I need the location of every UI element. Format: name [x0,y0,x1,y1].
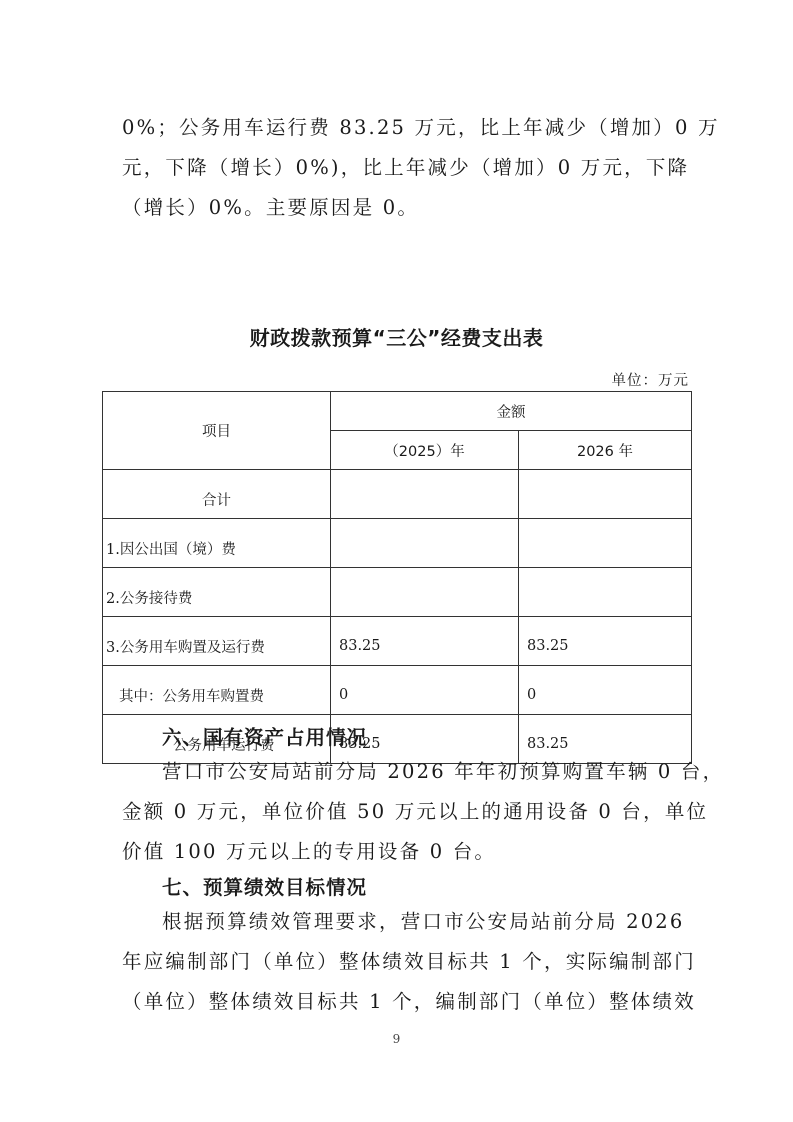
row-curr [519,519,692,568]
header-item: 项目 [103,392,331,470]
table-row: 2.公务接待费 [103,568,692,617]
row-curr: 83.25 [519,617,692,666]
intro-line-1: 0%；公务用车运行费 83.25 万元，比上年减少（增加）0 万 [122,108,682,148]
table-row: 其中：公务用车购置费 0 0 [103,666,692,715]
row-curr [519,470,692,519]
table-unit: 单位：万元 [612,369,690,390]
row-prev [331,568,519,617]
section7-line-2: 年应编制部门（单位）整体绩效目标共 1 个，实际编制部门 [122,942,682,982]
section7-line-1: 根据预算绩效管理要求，营口市公安局站前分局 2026 [122,902,682,942]
table-row: 3.公务用车购置及运行费 83.25 83.25 [103,617,692,666]
row-label: 1.因公出国（境）费 [103,519,331,568]
section7-paragraph: 根据预算绩效管理要求，营口市公安局站前分局 2026 年应编制部门（单位）整体绩… [122,902,682,1022]
section6-heading: 六、国有资产占用情况 [162,722,367,750]
row-prev [331,519,519,568]
row-curr [519,568,692,617]
row-curr: 0 [519,666,692,715]
table-title: 财政拨款预算“三公”经费支出表 [0,322,793,351]
row-prev [331,470,519,519]
row-prev: 0 [331,666,519,715]
intro-line-3: （增长）0%。主要原因是 0。 [122,188,682,228]
row-prev: 83.25 [331,617,519,666]
section6-line-1: 营口市公安局站前分局 2026 年年初预算购置车辆 0 台， [122,752,682,792]
row-label: 3.公务用车购置及运行费 [103,617,331,666]
section6-paragraph: 营口市公安局站前分局 2026 年年初预算购置车辆 0 台， 金额 0 万元，单… [122,752,682,872]
page-number: 9 [0,1032,793,1046]
header-year-prev: （2025）年 [331,431,519,470]
three-public-expenses-table: 项目 金额 （2025）年 2026 年 合计 1.因公出国（境）费 2.公务接… [102,391,692,764]
row-label: 合计 [103,470,331,519]
intro-paragraph: 0%；公务用车运行费 83.25 万元，比上年减少（增加）0 万 元，下降（增长… [122,108,682,228]
header-amount: 金额 [331,392,692,431]
intro-line-2: 元，下降（增长）0%)，比上年减少（增加）0 万元，下降 [122,148,682,188]
header-year-curr: 2026 年 [519,431,692,470]
section7-line-3: （单位）整体绩效目标共 1 个，编制部门（单位）整体绩效 [122,982,682,1022]
table-row: 合计 [103,470,692,519]
section7-heading: 七、预算绩效目标情况 [162,872,367,900]
section6-line-2: 金额 0 万元，单位价值 50 万元以上的通用设备 0 台，单位 [122,792,682,832]
row-label: 2.公务接待费 [103,568,331,617]
row-label: 其中：公务用车购置费 [103,666,331,715]
table-row: 1.因公出国（境）费 [103,519,692,568]
section6-line-3: 价值 100 万元以上的专用设备 0 台。 [122,832,682,872]
